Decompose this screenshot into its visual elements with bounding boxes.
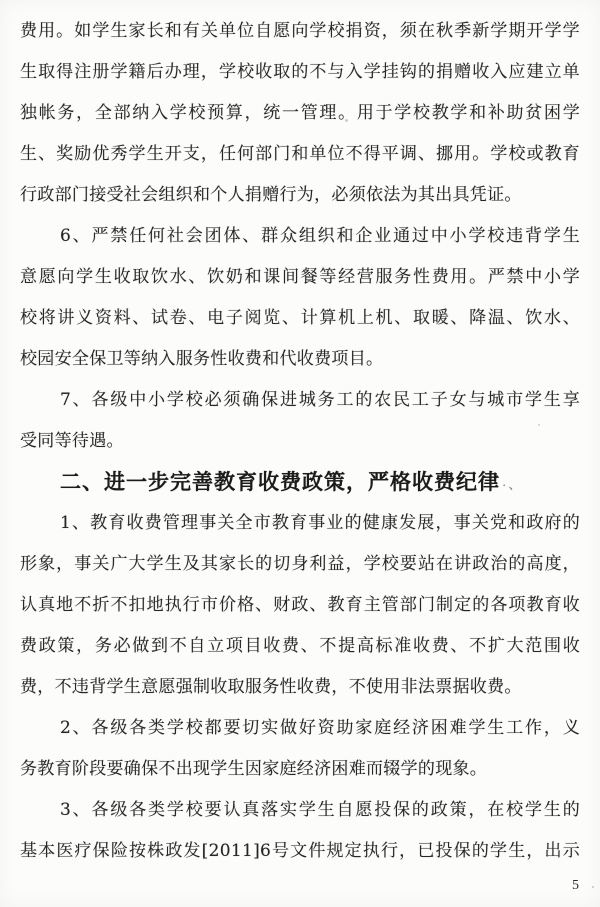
text-line: 生取得注册学籍后办理，学校收取的不与入学挂钩的捐赠收入应建立单 [20, 52, 580, 93]
scanned-document-page: 费用。如学生家长和有关单位自愿向学校捐资，须在秋季新学期开学学 生取得注册学籍后… [0, 0, 600, 907]
paragraph-1-start: 1、教育收费管理事关全市教育事业的健康发展，事关党和政府的 [20, 503, 580, 544]
paragraph-2-start: 2、各级各类学校都要切实做好资助家庭经济困难学生工作，义 [20, 708, 580, 749]
text-line: 行政部门接受社会组织和个人捐赠行为，必须依法为其出具凭证。 [20, 175, 580, 216]
document-body: 费用。如学生家长和有关单位自愿向学校捐资，须在秋季新学期开学学 生取得注册学籍后… [20, 11, 580, 872]
text-line: 费，不违背学生意愿强制收取服务性收费，不使用非法票据收费。 [20, 667, 580, 708]
text-line: 校将讲义资料、试卷、电子阅览、计算机上机、取暖、降温、饮水、 [20, 298, 580, 339]
text-line: 认真地不折不扣地执行市价格、财政、教育主管部门制定的各项教育收 [20, 585, 580, 626]
scan-speck [345, 119, 348, 122]
paragraph-3-start: 3、各级各类学校要认真落实学生自愿投保的政策，在校学生的 [20, 790, 580, 831]
text-line: 费用。如学生家长和有关单位自愿向学校捐资，须在秋季新学期开学学 [20, 11, 580, 52]
paragraph-6-start: 6、严禁任何社会团体、群众组织和企业通过中小学校违背学生 [20, 216, 580, 257]
text-line: 务教育阶段要确保不出现学生因家庭经济困难而辍学的现象。 [20, 749, 580, 790]
text-line: 形象，事关广大学生及其家长的切身利益，学校要站在讲政治的高度， [20, 544, 580, 585]
page-number: 5 [572, 876, 579, 896]
scan-artifact-mark: ·、 [500, 477, 523, 492]
text-line: 基本医疗保险按株政发[2011]6号文件规定执行，已投保的学生，出示 [20, 831, 580, 872]
text-line: 生、奖励优秀学生开支，任何部门和单位不得平调、挪用。学校或教育 [20, 134, 580, 175]
text-line: 校园安全保卫等纳入服务性收费和代收费项目。 [20, 339, 580, 380]
scan-speck [592, 886, 594, 888]
text-line: 受同等待遇。 [20, 421, 580, 462]
scan-speck [538, 424, 540, 426]
text-line: 意愿向学生收取饮水、饮奶和课间餐等经营服务性费用。严禁中小学 [20, 257, 580, 298]
section-heading: 二、进一步完善教育收费政策，严格收费纪律·、 [20, 462, 580, 503]
section-heading-text: 二、进一步完善教育收费政策，严格收费纪律 [60, 471, 500, 494]
text-line: 费政策，务必做到不自立项目收费、不提高标准收费、不扩大范围收 [20, 626, 580, 667]
text-line: 独帐务，全部纳入学校预算，统一管理。用于学校教学和补助贫困学 [20, 93, 580, 134]
paragraph-7-start: 7、各级中小学校必须确保进城务工的农民工子女与城市学生享 [20, 380, 580, 421]
